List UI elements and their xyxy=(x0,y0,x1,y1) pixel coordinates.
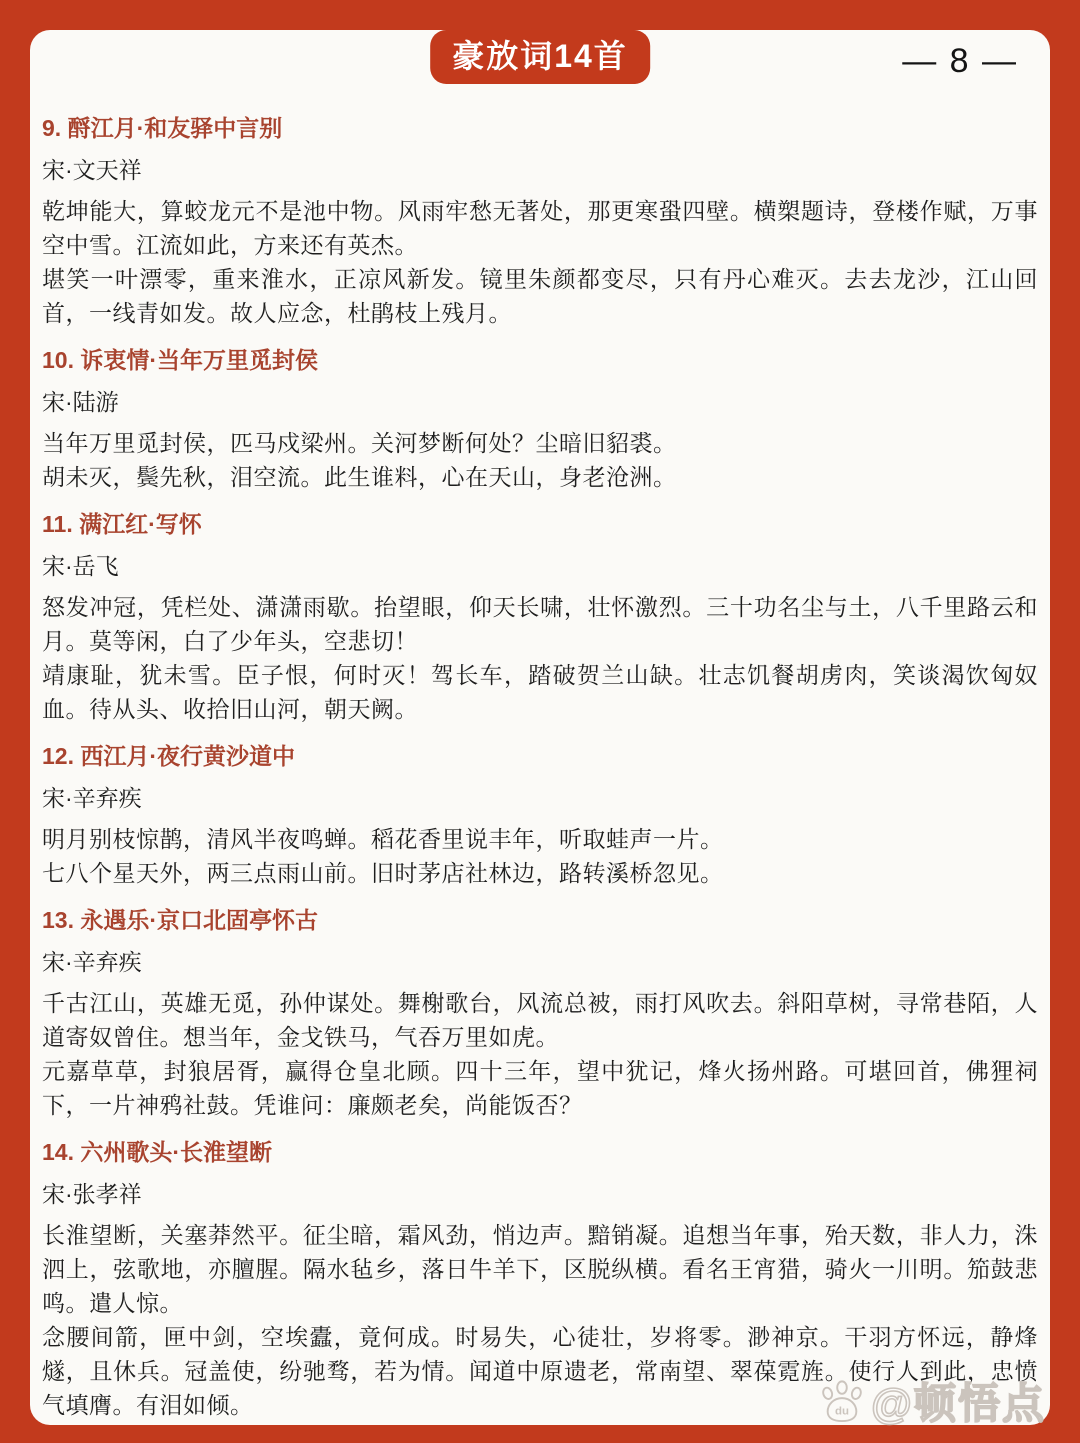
poem-section: 9. 酹江月·和友驿中言别 宋·文天祥 乾坤能大，算蛟龙元不是池中物。风雨牢愁无… xyxy=(42,98,1038,330)
poem-stanza: 明月别枝惊鹊，清风半夜鸣蝉。稻花香里说丰年，听取蛙声一片。 xyxy=(42,822,1038,856)
poem-author: 宋·辛弃疾 xyxy=(42,784,1038,812)
poem-heading: 11. 满江红·写怀 xyxy=(42,510,1038,538)
poem-section: 13. 永遇乐·京口北固亭怀古 宋·辛弃疾 千古江山，英雄无觅，孙仲谋处。舞榭歌… xyxy=(42,890,1038,1122)
title-badge-label: 豪放词14首 xyxy=(452,38,628,74)
poem-stanza: 当年万里觅封侯，匹马戍梁州。关河梦断何处？尘暗旧貂裘。 xyxy=(42,426,1038,460)
poem-stanza: 七八个星天外，两三点雨山前。旧时茅店社林边，路转溪桥忽见。 xyxy=(42,856,1038,890)
poem-author: 宋·辛弃疾 xyxy=(42,948,1038,976)
poem-stanza: 元嘉草草，封狼居胥，赢得仓皇北顾。四十三年，望中犹记，烽火扬州路。可堪回首，佛狸… xyxy=(42,1054,1038,1122)
poem-author: 宋·陆游 xyxy=(42,388,1038,416)
poem-author: 宋·张孝祥 xyxy=(42,1180,1038,1208)
poem-list: 9. 酹江月·和友驿中言别 宋·文天祥 乾坤能大，算蛟龙元不是池中物。风雨牢愁无… xyxy=(42,98,1038,1422)
poem-body: 怒发冲冠，凭栏处、潇潇雨歇。抬望眼，仰天长啸，壮怀激烈。三十功名尘与土，八千里路… xyxy=(42,590,1038,726)
poem-stanza: 千古江山，英雄无觅，孙仲谋处。舞榭歌台，风流总被，雨打风吹去。斜阳草树，寻常巷陌… xyxy=(42,986,1038,1054)
poem-stanza: 靖康耻，犹未雪。臣子恨，何时灭！驾长车，踏破贺兰山缺。壮志饥餐胡虏肉，笑谈渴饮匈… xyxy=(42,658,1038,726)
poem-heading: 13. 永遇乐·京口北固亭怀古 xyxy=(42,906,1038,934)
poem-section: 12. 西江月·夜行黄沙道中 宋·辛弃疾 明月别枝惊鹊，清风半夜鸣蝉。稻花香里说… xyxy=(42,726,1038,890)
poem-author: 宋·岳飞 xyxy=(42,552,1038,580)
poem-body: 长淮望断，关塞莽然平。征尘暗，霜风劲，悄边声。黯销凝。追想当年事，殆天数，非人力… xyxy=(42,1218,1038,1422)
poem-section: 10. 诉衷情·当年万里觅封侯 宋·陆游 当年万里觅封侯，匹马戍梁州。关河梦断何… xyxy=(42,330,1038,494)
poem-stanza: 乾坤能大，算蛟龙元不是池中物。风雨牢愁无著处，那更寒蛩四壁。横槊题诗，登楼作赋，… xyxy=(42,194,1038,262)
page-frame: 豪放词14首 — 8 — 9. 酹江月·和友驿中言别 宋·文天祥 乾坤能大，算蛟… xyxy=(0,0,1080,1443)
poem-body: 千古江山，英雄无觅，孙仲谋处。舞榭歌台，风流总被，雨打风吹去。斜阳草树，寻常巷陌… xyxy=(42,986,1038,1122)
poem-section: 14. 六州歌头·长淮望断 宋·张孝祥 长淮望断，关塞莽然平。征尘暗，霜风劲，悄… xyxy=(42,1122,1038,1422)
poem-heading: 10. 诉衷情·当年万里觅封侯 xyxy=(42,346,1038,374)
poem-stanza: 怒发冲冠，凭栏处、潇潇雨歇。抬望眼，仰天长啸，壮怀激烈。三十功名尘与土，八千里路… xyxy=(42,590,1038,658)
poem-heading: 9. 酹江月·和友驿中言别 xyxy=(42,114,1038,142)
poem-stanza: 堪笑一叶漂零，重来淮水，正凉风新发。镜里朱颜都变尽，只有丹心难灭。去去龙沙，江山… xyxy=(42,262,1038,330)
content-card: 豪放词14首 — 8 — 9. 酹江月·和友驿中言别 宋·文天祥 乾坤能大，算蛟… xyxy=(30,30,1050,1425)
poem-heading: 14. 六州歌头·长淮望断 xyxy=(42,1138,1038,1166)
card-header: 豪放词14首 — 8 — xyxy=(42,40,1038,98)
poem-body: 当年万里觅封侯，匹马戍梁州。关河梦断何处？尘暗旧貂裘。胡未灭，鬓先秋，泪空流。此… xyxy=(42,426,1038,494)
poem-body: 乾坤能大，算蛟龙元不是池中物。风雨牢愁无著处，那更寒蛩四壁。横槊题诗，登楼作赋，… xyxy=(42,194,1038,330)
page-number: — 8 — xyxy=(902,42,1018,81)
poem-stanza: 念腰间箭，匣中剑，空埃蠹，竟何成。时易失，心徒壮，岁将零。渺神京。干羽方怀远，静… xyxy=(42,1320,1038,1422)
poem-heading: 12. 西江月·夜行黄沙道中 xyxy=(42,742,1038,770)
title-badge: 豪放词14首 xyxy=(430,30,650,84)
poem-author: 宋·文天祥 xyxy=(42,156,1038,184)
poem-stanza: 长淮望断，关塞莽然平。征尘暗，霜风劲，悄边声。黯销凝。追想当年事，殆天数，非人力… xyxy=(42,1218,1038,1320)
poem-body: 明月别枝惊鹊，清风半夜鸣蝉。稻花香里说丰年，听取蛙声一片。七八个星天外，两三点雨… xyxy=(42,822,1038,890)
poem-section: 11. 满江红·写怀 宋·岳飞 怒发冲冠，凭栏处、潇潇雨歇。抬望眼，仰天长啸，壮… xyxy=(42,494,1038,726)
poem-stanza: 胡未灭，鬓先秋，泪空流。此生谁料，心在天山，身老沧洲。 xyxy=(42,460,1038,494)
